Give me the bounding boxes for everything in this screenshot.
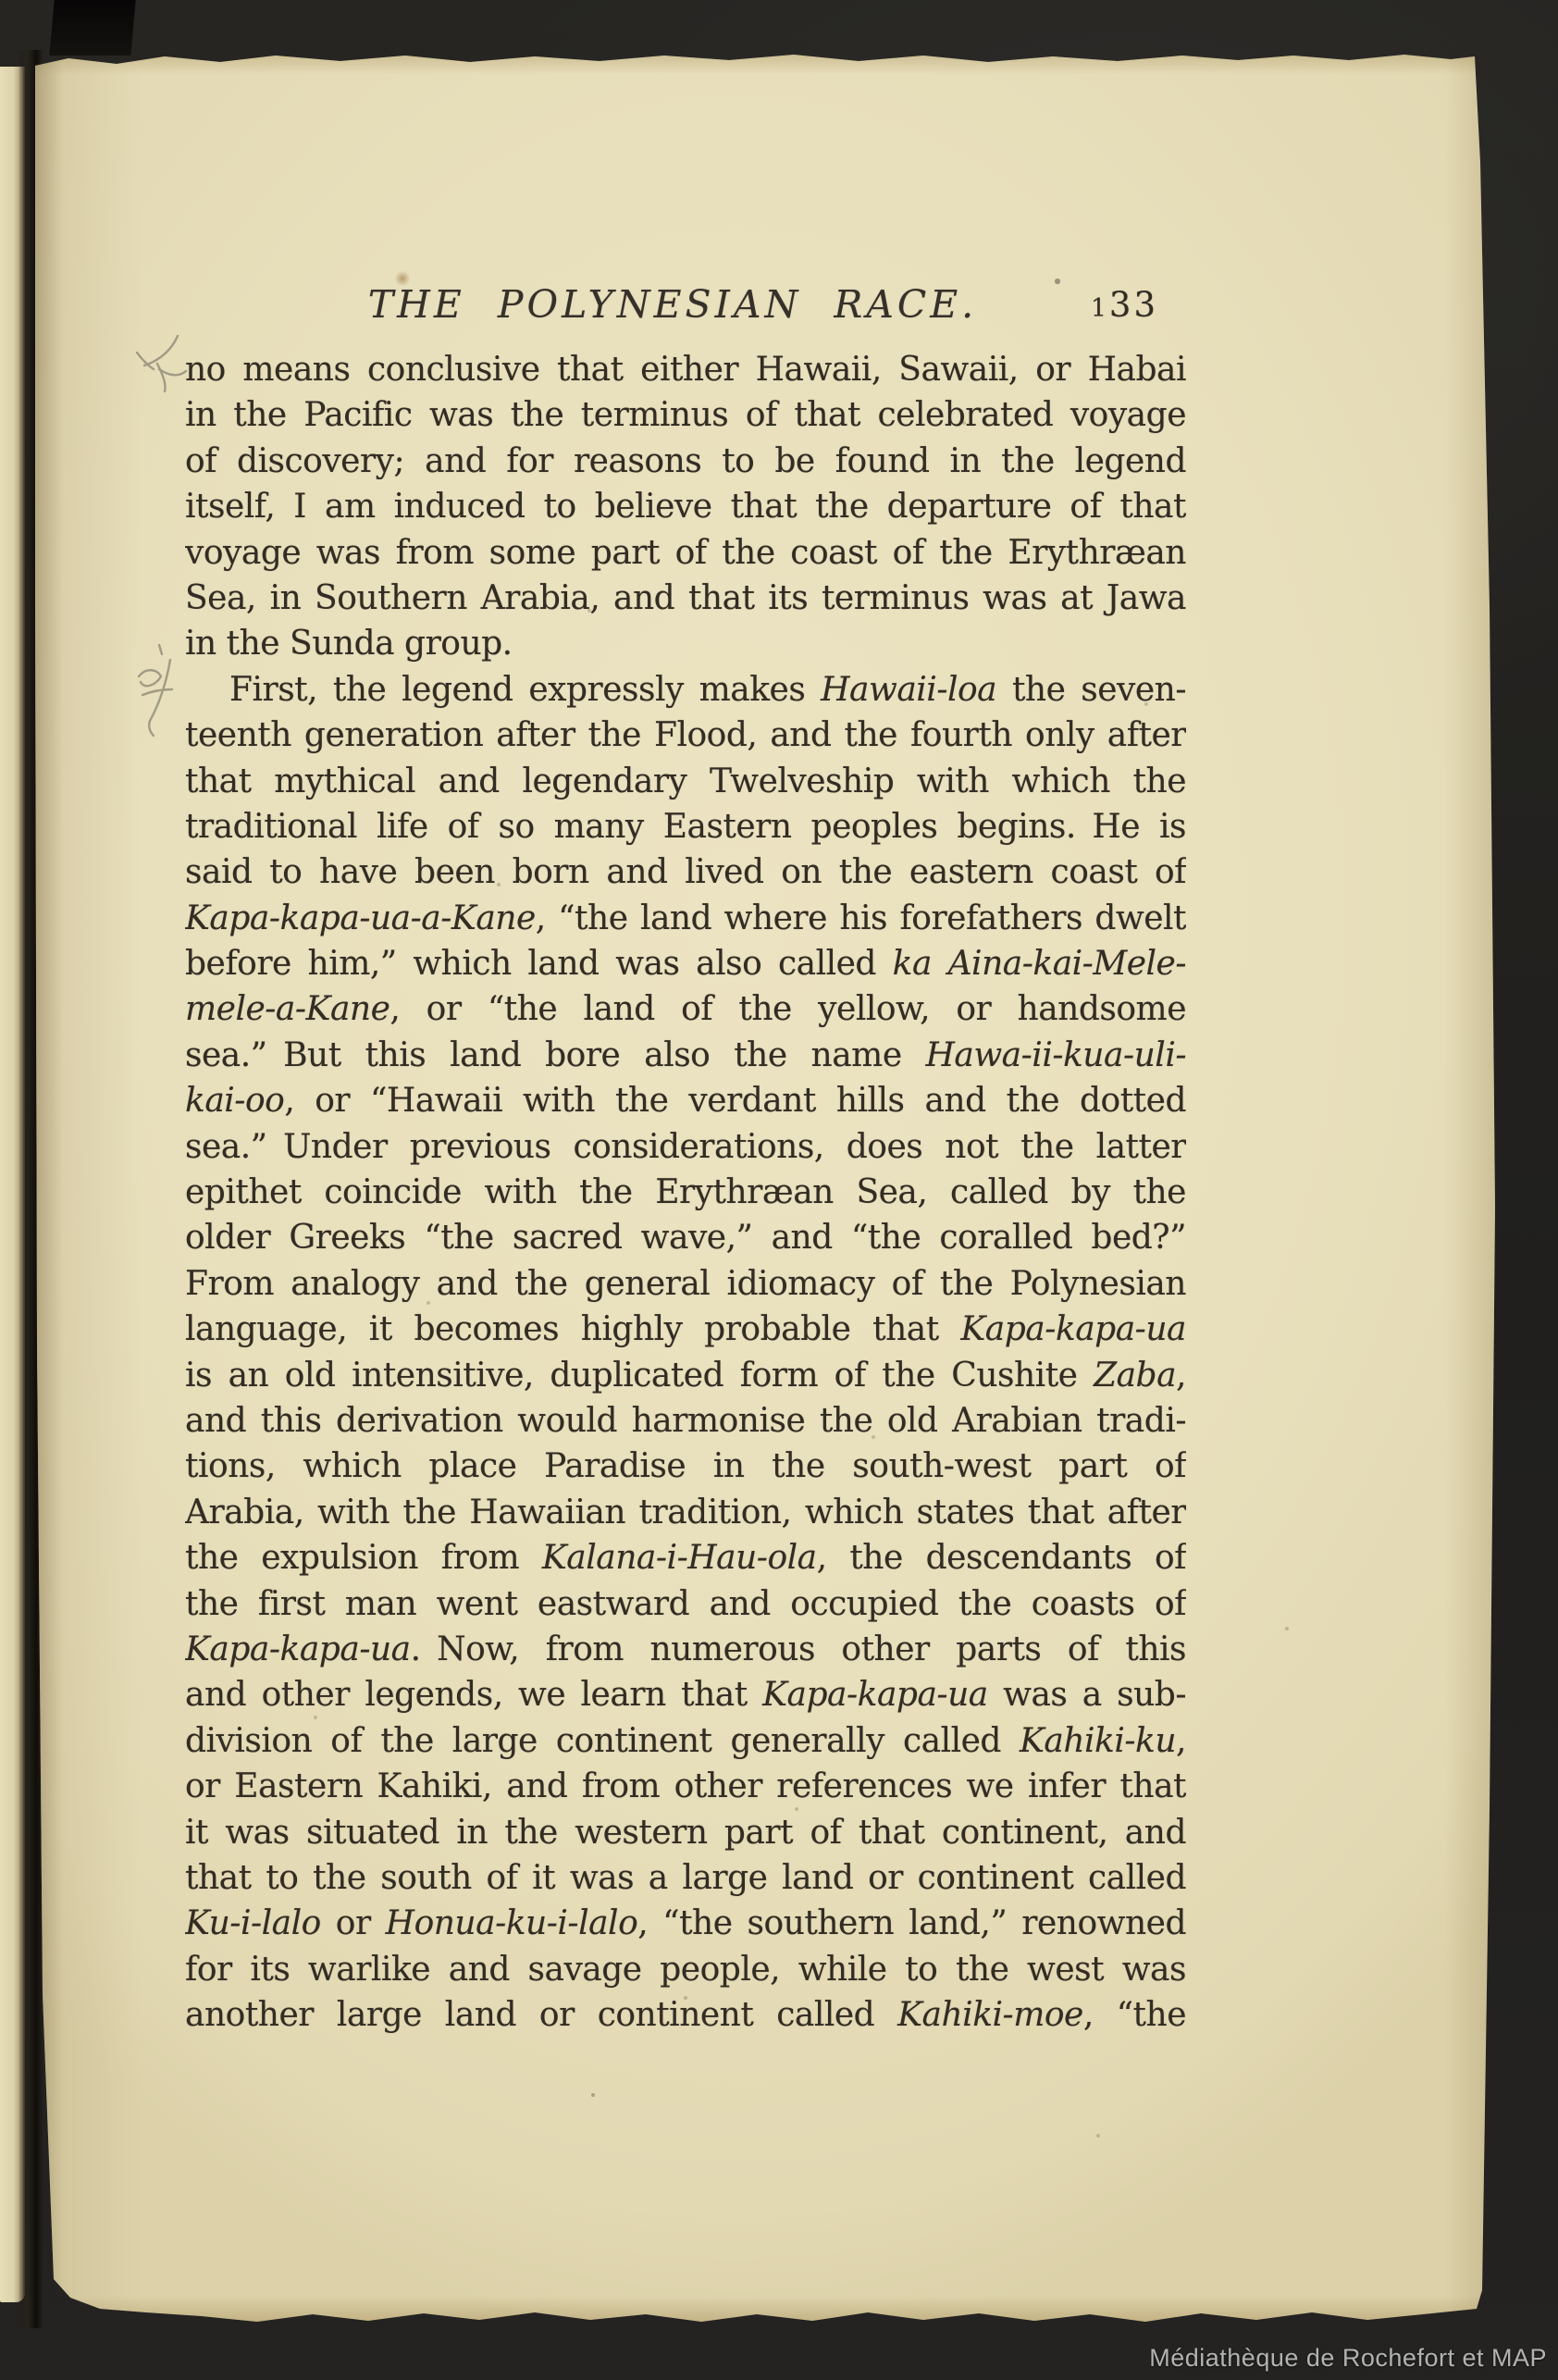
- text-line: traditional life of so many Eastern peop…: [185, 804, 1186, 849]
- text-line: for its warlike and savage people, while…: [185, 1947, 1186, 1992]
- book-page: THE POLYNESIAN RACE. 133 no means conclu…: [35, 51, 1495, 2325]
- text-line: in the Sunda group.: [185, 621, 1186, 666]
- text-line: that to the south of it was a large land…: [185, 1855, 1186, 1901]
- text-line: that mythical and legendary Twelveship w…: [185, 759, 1186, 804]
- text-line: Kapa-kapa-ua-a-Kane, “the land where his…: [185, 896, 1186, 941]
- text-line: it was situated in the western part of t…: [185, 1810, 1186, 1855]
- text-line: Sea, in Southern Arabia, and that its te…: [185, 576, 1186, 621]
- watermark: Médiathèque de Rochefort et MAP: [1149, 2344, 1547, 2373]
- text-line: itself, I am induced to believe that the…: [185, 484, 1186, 529]
- text-line: epithet coincide with the Erythræan Sea,…: [185, 1170, 1186, 1215]
- text-line: division of the large continent generall…: [185, 1718, 1186, 1764]
- text-line: tions, which place Paradise in the south…: [185, 1444, 1186, 1489]
- text-line: and other legends, we learn that Kapa-ka…: [185, 1672, 1186, 1717]
- text-line: no means conclusive that either Hawaii, …: [185, 347, 1186, 392]
- text-line: Kapa-kapa-ua. Now, from numerous other p…: [185, 1627, 1186, 1672]
- text-line: Arabia, with the Hawaiian tradition, whi…: [185, 1490, 1186, 1535]
- text-line: sea.” But this land bore also the name H…: [185, 1033, 1186, 1078]
- text-line: First, the legend expressly makes Hawaii…: [185, 667, 1186, 713]
- text-line: before him,” which land was also called …: [185, 941, 1186, 986]
- text-line: older Greeks “the sacred wave,” and “the…: [185, 1215, 1186, 1260]
- text-line: the first man went eastward and occupied…: [185, 1581, 1186, 1627]
- text-line: or Eastern Kahiki, and from other refere…: [185, 1764, 1186, 1809]
- text-line: Ku-i-lalo or Honua-ku-i-lalo, “the south…: [185, 1901, 1186, 1946]
- pencil-x-mark: [130, 330, 191, 397]
- running-head: THE POLYNESIAN RACE. 133: [185, 282, 1186, 334]
- text-line: voyage was from some part of the coast o…: [185, 530, 1186, 576]
- text-line: of discovery; and for reasons to be foun…: [185, 439, 1186, 484]
- text-line: language, it becomes highly probable tha…: [185, 1307, 1186, 1352]
- text-block: no means conclusive that either Hawaii, …: [185, 347, 1186, 2038]
- text-line: mele-a-Kane, or “the land of the yellow,…: [185, 986, 1186, 1032]
- text-line: teenth generation after the Flood, and t…: [185, 713, 1186, 758]
- text-line: and this derivation would harmonise the …: [185, 1398, 1186, 1444]
- text-line: kai-oo, or “Hawaii with the verdant hill…: [185, 1078, 1186, 1123]
- page-title: THE POLYNESIAN RACE.: [172, 282, 1173, 327]
- book-scan: THE POLYNESIAN RACE. 133 no means conclu…: [0, 0, 1558, 2380]
- text-line: is an old intensitive, duplicated form o…: [185, 1353, 1186, 1398]
- pencil-squiggle-mark: [131, 643, 191, 739]
- bookmark-ribbon: [49, 0, 135, 56]
- text-line: sea.” Under previous considerations, doe…: [185, 1124, 1186, 1170]
- text-line: From analogy and the general idiomacy of…: [185, 1261, 1186, 1307]
- text-line: said to have been born and lived on the …: [185, 849, 1186, 895]
- text-line: in the Pacific was the terminus of that …: [185, 392, 1186, 438]
- text-line: another large land or continent called K…: [185, 1992, 1186, 2038]
- text-line: the expulsion from Kalana-i-Hau-ola, the…: [185, 1535, 1186, 1580]
- page-number: 133: [1091, 285, 1158, 325]
